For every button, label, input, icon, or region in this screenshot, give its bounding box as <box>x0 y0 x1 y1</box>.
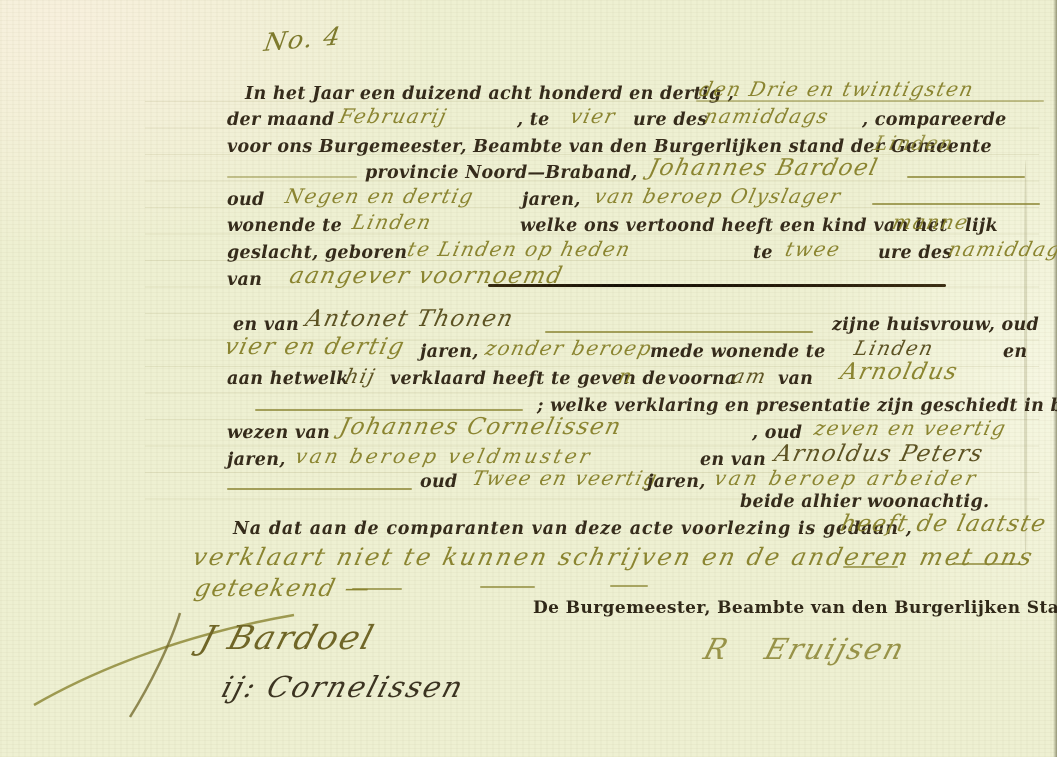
born-label-printed: geslacht, geboren <box>227 243 407 263</box>
jaren2-printed: jaren, <box>420 342 479 362</box>
van-printed: van <box>227 270 262 290</box>
entry-hij: hij <box>343 364 379 388</box>
dash-mark <box>952 563 1020 565</box>
welke-verklaring-printed: ; welke verklaring en presentatie zijn g… <box>537 396 1057 416</box>
mede-wonende-printed: mede wonende te <box>650 342 826 362</box>
huisvrouw-printed: zijne huisvrouw, oud <box>832 315 1039 335</box>
dash-mark <box>843 566 898 568</box>
entry-am: am <box>730 364 769 388</box>
en-van-printed: en van <box>233 315 299 335</box>
entry-hour: vier <box>568 104 619 128</box>
intro-year-printed: In het Jaar een duizend acht honderd en … <box>245 84 734 104</box>
ure-des-printed: ure des <box>633 110 708 130</box>
entry-witness1-name: Johannes Cornelissen <box>337 414 625 440</box>
voorna-printed: voorna <box>668 369 737 389</box>
ure-des2-printed: ure des <box>878 243 953 263</box>
dash-mark <box>352 588 402 590</box>
birth-record-page: No. 4 In het Jaar een duizend acht honde… <box>0 0 1057 757</box>
dash-mark <box>610 585 648 587</box>
entry-closing-hand3: geteekend — <box>192 574 374 602</box>
entry-declarant-profession: van beroep Olyslager <box>592 184 844 208</box>
entry-declarant-residence: Linden <box>350 210 435 234</box>
burgemeester-closing-printed: De Burgemeester, Beambte van den Burgerl… <box>533 598 1057 618</box>
residence-label-printed: wonende te <box>227 216 342 236</box>
fill-rule <box>255 409 523 411</box>
entry-mother-name: Antonet Thonen <box>303 306 517 332</box>
signature-declarant: J Bardoel <box>196 618 380 657</box>
entry-mother-profession: zonder beroep <box>483 336 655 360</box>
entry-daypart: namiddags <box>702 104 832 128</box>
aan-hetwelk-printed: aan hetwelk <box>227 369 349 389</box>
fill-rule <box>227 176 357 178</box>
entry-municipality: Linden <box>872 131 957 155</box>
dash-mark <box>480 586 535 588</box>
jaren3-printed: jaren, <box>227 450 286 470</box>
compareerde-printed: , compareerde <box>862 110 1007 130</box>
fill-rule <box>227 488 412 490</box>
page-edge <box>1053 0 1057 757</box>
fill-rule <box>872 203 1040 205</box>
entry-declarant-name: Johannes Bardoel <box>646 155 881 181</box>
entry-witness2-age: Twee en veertig <box>470 466 661 490</box>
entry-birth-hour: twee <box>783 237 843 261</box>
entry-witness1-profession: van beroep veldmuster <box>293 444 595 468</box>
entry-witness2-name: Arnoldus Peters <box>772 441 986 467</box>
signature-mayor: R Eruijsen <box>700 632 910 666</box>
fill-rule <box>545 331 813 333</box>
jaren4-printed: jaren, <box>647 472 706 492</box>
month-label-printed: der maand <box>227 110 335 130</box>
entry-closing-hand1: heeft de laatste <box>838 511 1049 537</box>
entry-mother-residence: Linden <box>852 336 937 360</box>
signature-witness: ij: Cornelissen <box>218 670 469 704</box>
lijk-printed: lijk <box>965 216 998 236</box>
te-printed: , te <box>517 110 550 130</box>
voorlezing-printed: Na dat aan de comparanten van deze acte … <box>233 519 913 539</box>
entry-birth-daypart: namiddags <box>946 237 1057 261</box>
child-shown-printed: welke ons vertoond heeft een kind van he… <box>520 216 948 236</box>
oud-printed: oud <box>227 190 265 210</box>
entry-month: Februarij <box>337 104 450 128</box>
wezen-van-printed: wezen van <box>227 423 330 443</box>
woonachtig-printed: beide alhier woonachtig. <box>740 492 989 512</box>
van2-printed: van <box>778 369 813 389</box>
oud2-printed: , oud <box>752 423 802 443</box>
oud3-printed: oud <box>420 472 458 492</box>
entry-child-name: Arnoldus <box>838 359 961 385</box>
en-printed: en <box>1003 342 1027 362</box>
entry-closing-hand2: verklaart niet te kunnen schrijven en de… <box>190 543 1037 571</box>
entry-witness1-age: zeven en veertig <box>812 416 1009 440</box>
act-number: No. 4 <box>262 22 344 57</box>
fill-rule <box>907 176 1025 178</box>
entry-declarant-age: Negen en dertig <box>283 184 477 208</box>
jaren-printed: jaren, <box>522 190 581 210</box>
entry-child-gender: manne <box>890 210 972 234</box>
entry-day: den Drie en twintigsten <box>697 77 977 101</box>
province-printed: provincie Noord—Braband, <box>365 163 638 183</box>
heavy-rule <box>488 284 946 287</box>
te2-printed: te <box>753 243 773 263</box>
entry-witness2-profession: van beroep arbeider <box>712 466 981 490</box>
entry-birth-place: te Linden op heden <box>405 237 634 261</box>
entry-mother-age: vier en dertig <box>222 334 408 360</box>
